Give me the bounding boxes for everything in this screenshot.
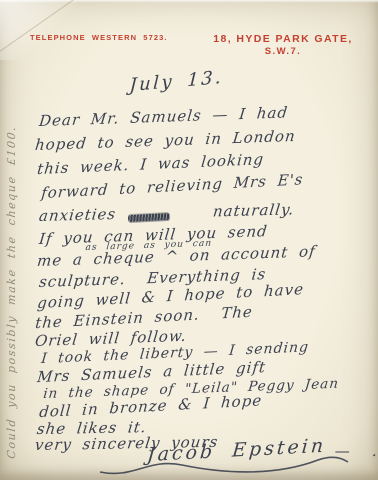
handwritten-line: Dear Mr. Samuels — I had xyxy=(38,104,289,130)
letter-paper: TELEPHONE WESTERN 5723. 18, HYDE PARK GA… xyxy=(0,0,378,480)
handwritten-line: me a cheque ^ on account of xyxy=(36,243,316,270)
corner-fold-topleft xyxy=(0,0,78,60)
letterhead-address-line1: 18, HYDE PARK GATE, xyxy=(198,32,368,46)
letterhead-address: 18, HYDE PARK GATE, S.W.7. xyxy=(198,32,368,59)
letterhead-telephone: TELEPHONE WESTERN 5723. xyxy=(30,33,168,42)
letterhead-address-line2: S.W.7. xyxy=(198,46,368,59)
closing-dash: — . xyxy=(334,443,378,460)
margin-note: Could you possibly make the cheque £100. xyxy=(6,125,19,459)
paper-top-edge xyxy=(0,0,378,3)
letter-date: July 13. xyxy=(129,68,224,97)
